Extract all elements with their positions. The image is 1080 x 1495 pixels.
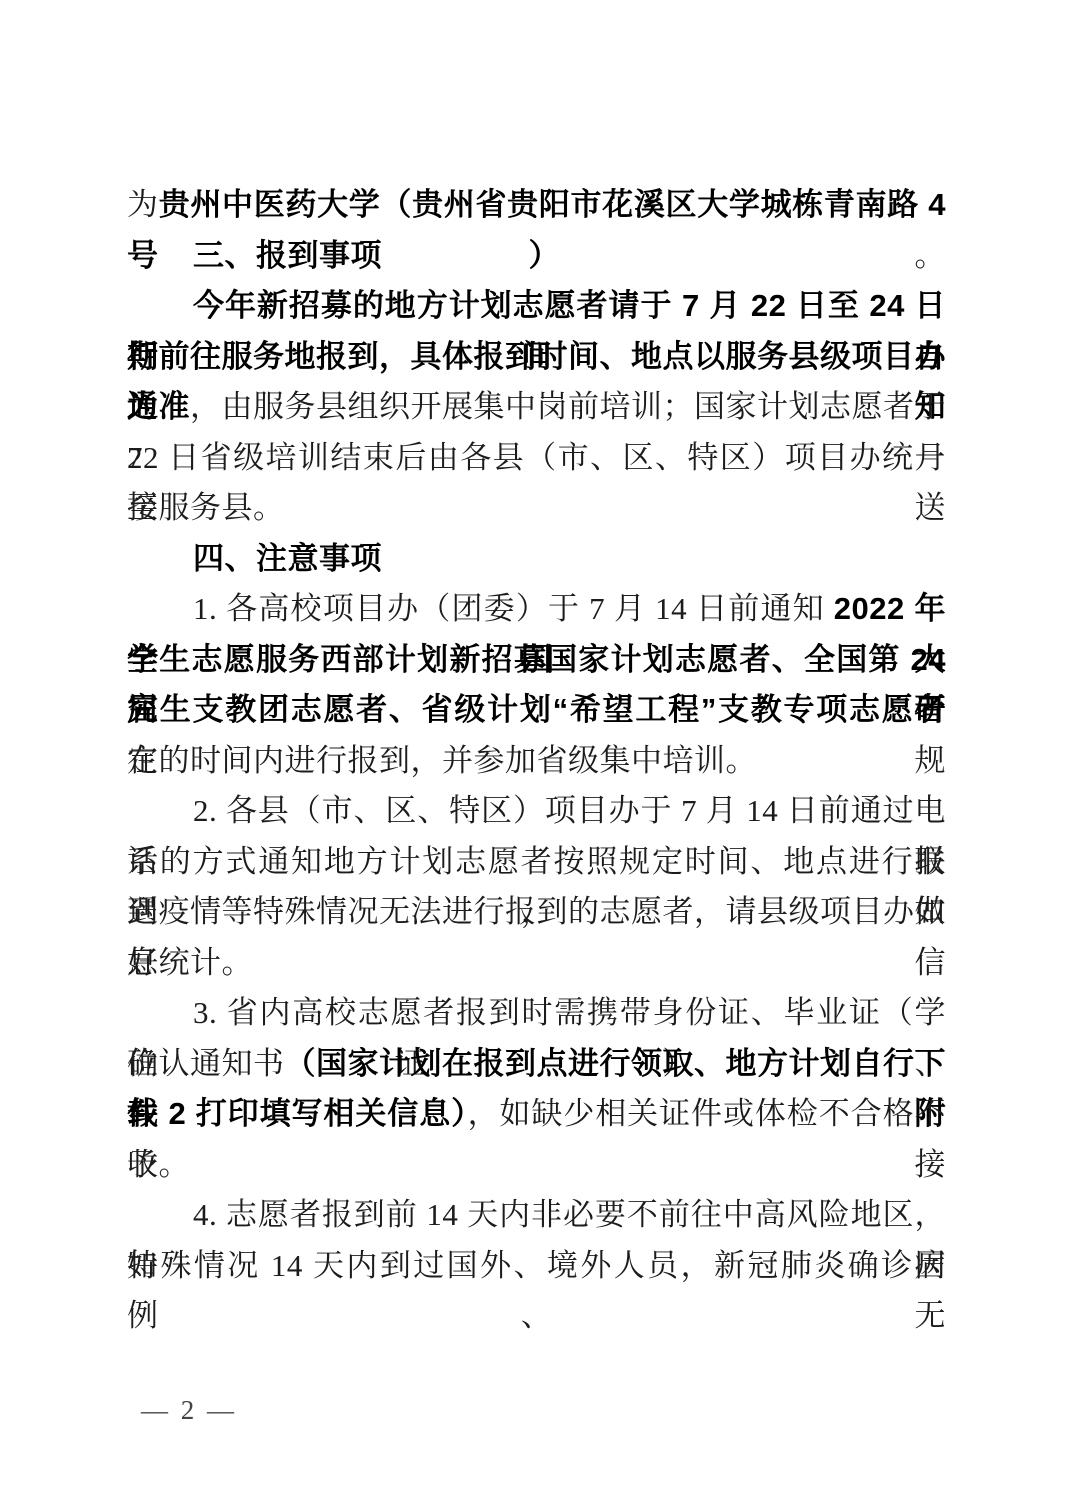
text-line: 3. 省内高校志愿者报到时需携带身份证、毕业证（学位证）、 — [127, 988, 946, 1039]
text-line: 为准，由服务县组织开展集中岗前培训；国家计划志愿者于 7 月 — [127, 382, 946, 433]
text-line: 系的方式通知地方计划志愿者按照规定时间、地点进行报到，如 — [127, 837, 946, 888]
document-page: 为贵州中医药大学（贵州省贵阳市花溪区大学城栋青南路 4 号）。三、报到事项今年新… — [0, 0, 1080, 1495]
text-line: 行前往服务地报到，具体报到时间、地点以服务县级项目办通知 — [127, 332, 946, 383]
text-line: 为贵州中医药大学（贵州省贵阳市花溪区大学城栋青南路 4 号）。 — [127, 180, 946, 231]
text-line: 确认通知书（国家计划在报到点进行领取、地方计划自行下载附 — [127, 1039, 946, 1090]
text-run: 件 2 打印填写相关信息） — [127, 1096, 468, 1131]
text-line: 2. 各县（市、区、特区）项目办于 7 月 14 日前通过电话联 — [127, 786, 946, 837]
text-line: 22 日省级培训结束后由各县（市、区、特区）项目办统一接送 — [127, 433, 946, 484]
text-run: 为 — [127, 187, 159, 222]
text-line: 四、注意事项 — [127, 534, 946, 585]
page-number: — 2 — — [141, 1395, 237, 1426]
text-run: 为准 — [127, 389, 190, 424]
text-line: 特殊情况 14 天内到过国外、境外人员，新冠肺炎确诊病例、无 — [127, 1241, 946, 1292]
text-line: 件 2 打印填写相关信息），如缺少相关证件或体检不合格不予接 — [127, 1089, 946, 1140]
text-line: 究生支教团志愿者、省级计划“希望工程”支教专项志愿者在规 — [127, 685, 946, 736]
text-line: 4. 志愿者报到前 14 天内非必要不前往中高风险地区，如因 — [127, 1190, 946, 1241]
text-run: 定的时间内进行报到，并参加省级集中培训。 — [127, 743, 757, 778]
text-run: 特殊情况 14 天内到过国外、境外人员，新冠肺炎确诊病例、无 — [127, 1248, 946, 1334]
text-run: 究生支教团志愿者、省级计划“希望工程”支教专项志愿者 — [127, 692, 946, 727]
text-line: 1. 各高校项目办（团委）于 7 月 14 日前通知 2022 年全国大 — [127, 584, 946, 635]
text-run: 确认通知书 — [127, 1046, 285, 1081]
text-line: 今年新招募的地方计划志愿者请于 7 月 22 日至 24 日期间自 — [127, 281, 946, 332]
text-run: 至服务县。 — [127, 490, 285, 525]
text-run: 。 — [915, 238, 947, 273]
text-run: 1. 各高校项目办（团委）于 7 月 14 日前通知 — [193, 591, 834, 626]
text-run: 息统计。 — [127, 945, 253, 980]
text-run: 三、报到事项 — [193, 238, 382, 273]
document-body: 为贵州中医药大学（贵州省贵阳市花溪区大学城栋青南路 4 号）。三、报到事项今年新… — [127, 180, 946, 1291]
text-line: 遇疫情等特殊情况无法进行报到的志愿者，请县级项目办做好信 — [127, 887, 946, 938]
text-run: 收。 — [127, 1147, 190, 1182]
text-run: 四、注意事项 — [193, 541, 382, 576]
page-number-label: — 2 — — [141, 1395, 237, 1425]
text-line: 学生志愿服务西部计划新招募国家计划志愿者、全国第 24 届研 — [127, 635, 946, 686]
